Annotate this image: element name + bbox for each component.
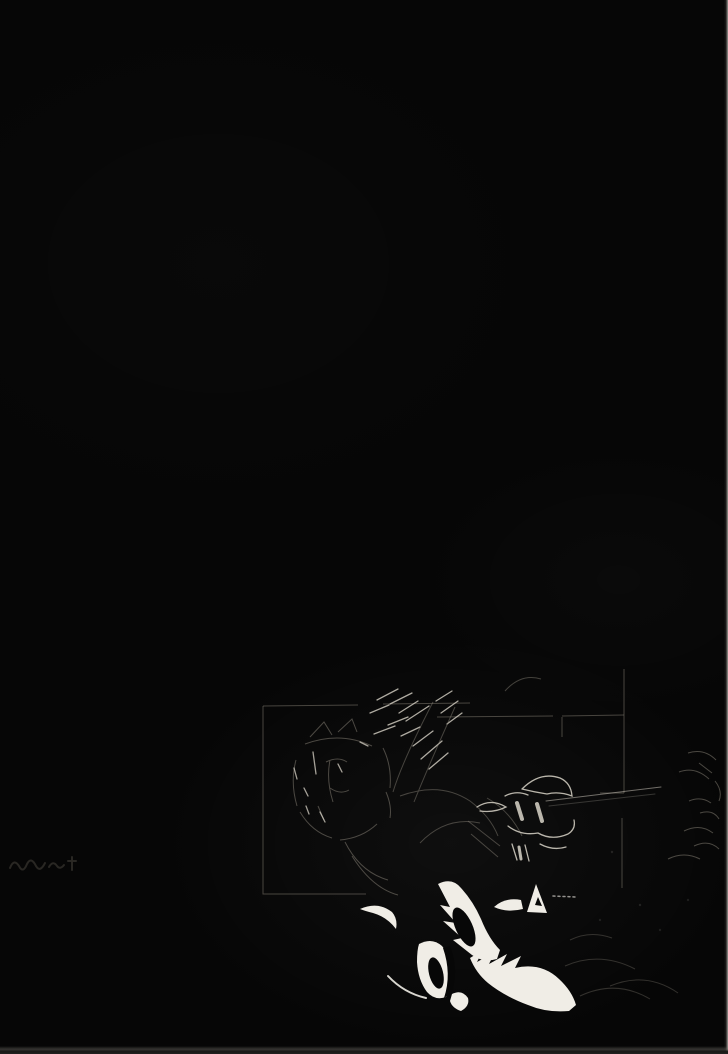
triangle-highlight	[527, 884, 547, 913]
lower-right-sketch-curves	[565, 851, 689, 999]
artwork-canvas	[0, 0, 728, 1054]
center-arm-strokes	[370, 689, 462, 769]
dotted-highlight-row	[553, 896, 575, 897]
window-frame-lines	[263, 669, 624, 894]
shoulder-highlight-lobe	[470, 950, 576, 1011]
hair-spike-left	[360, 906, 397, 929]
weapon-barrel-line	[546, 787, 661, 806]
eye-sliver-highlight	[494, 899, 523, 910]
artist-signature-scribble	[10, 857, 76, 870]
face-highlight	[360, 881, 576, 1011]
small-highlight-blob	[450, 992, 468, 1011]
right-claw-sketch	[668, 752, 720, 859]
page-edge-bottom	[0, 1046, 728, 1054]
manga-page	[0, 0, 728, 1054]
gripping-hand-outline	[468, 776, 574, 861]
left-figure-head-sketch	[293, 719, 398, 895]
head-highlight-glints	[294, 742, 368, 822]
page-edge-right	[724, 0, 728, 1054]
